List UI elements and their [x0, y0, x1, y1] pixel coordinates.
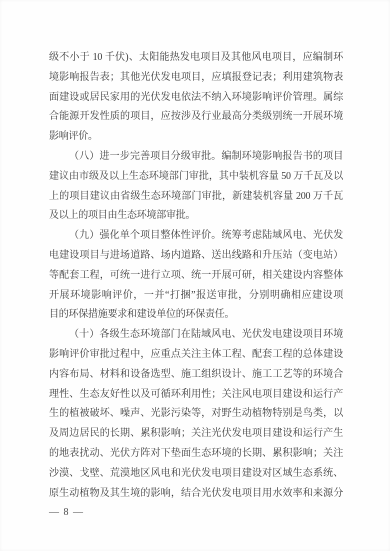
text-line: 及周边居民的长期、累积影响；关注光伏发电项目建设和运行产生 [49, 424, 343, 444]
document-body: 级不小于 10 千伏)、太阳能热发电项目及其他风电项目，应编制环境影响报告表；其… [49, 48, 343, 503]
text-line: 上的项目建议由省级生态环境部门审批，新建装机容量 200 万千瓦 [49, 187, 343, 207]
text-line: 理性、生态友好性以及可循环利用性；关注风电项目建设和运行产 [49, 385, 343, 405]
text-line: 等配套工程，可统一进行立项、统一开展可研，相关建设内容整体 [49, 266, 343, 286]
text-line: （九）强化单个项目整体性评价。统筹考虑陆域风电、光伏发 [49, 226, 343, 246]
document-page: 级不小于 10 千伏)、太阳能热发电项目及其他风电项目，应编制环境影响报告表；其… [0, 0, 390, 551]
page-number: — 8 — [49, 507, 84, 518]
text-line: 及以上的项目由生态环境部审批。 [49, 206, 343, 226]
text-line: 境影响报告表；其他光伏发电项目，应填报登记表；利用建筑物表 [49, 68, 343, 88]
text-line: 目的环保措施要求和建设单位的环保责任。 [49, 305, 343, 325]
text-line: 生的植被破坏、噪声、光影污染等，对野生动植物特别是鸟类，以 [49, 404, 343, 424]
text-line: （十）各级生态环境部门在陆域风电、光伏发电建设项目环境 [49, 325, 343, 345]
text-line: 电建设项目与进场道路、场内道路、送出线路和升压站（变电站） [49, 246, 343, 266]
text-line: 合能源开发性质的项目，应按涉及行业最高分类级别统一开展环境 [49, 107, 343, 127]
page-footer: — 8 — [49, 506, 84, 520]
text-line: 内容布局、材料和设备选型、施工组织设计、施工工艺等的环境合 [49, 365, 343, 385]
text-line: 原生动植物及其生境的影响，结合光伏发电项目用水效率和来源分 [49, 484, 343, 504]
text-line: 面建设或居民家用的光伏发电依法不纳入环境影响评价管理。属综 [49, 88, 343, 108]
text-line: 级不小于 10 千伏)、太阳能热发电项目及其他风电项目，应编制环 [49, 48, 343, 68]
text-line: 开展环境影响评价，一并“打捆”报送审批，分别明确相应建设项 [49, 286, 343, 306]
text-line: （八）进一步完善项目分级审批。编制环境影响报告书的项目 [49, 147, 343, 167]
text-line: 的地表扰动、光伏方阵对下垫面生态环境的长期、累积影响；关注 [49, 444, 343, 464]
text-line: 沙漠、戈壁、荒漠地区风电和光伏发电项目建设对区域生态系统、 [49, 464, 343, 484]
text-line: 建议由市级及以上生态环境部门审批，其中装机容量 50 万千瓦及以 [49, 167, 343, 187]
text-line: 影响评价。 [49, 127, 343, 147]
text-line: 影响评价审批过程中，应重点关注主体工程、配套工程的总体建设 [49, 345, 343, 365]
